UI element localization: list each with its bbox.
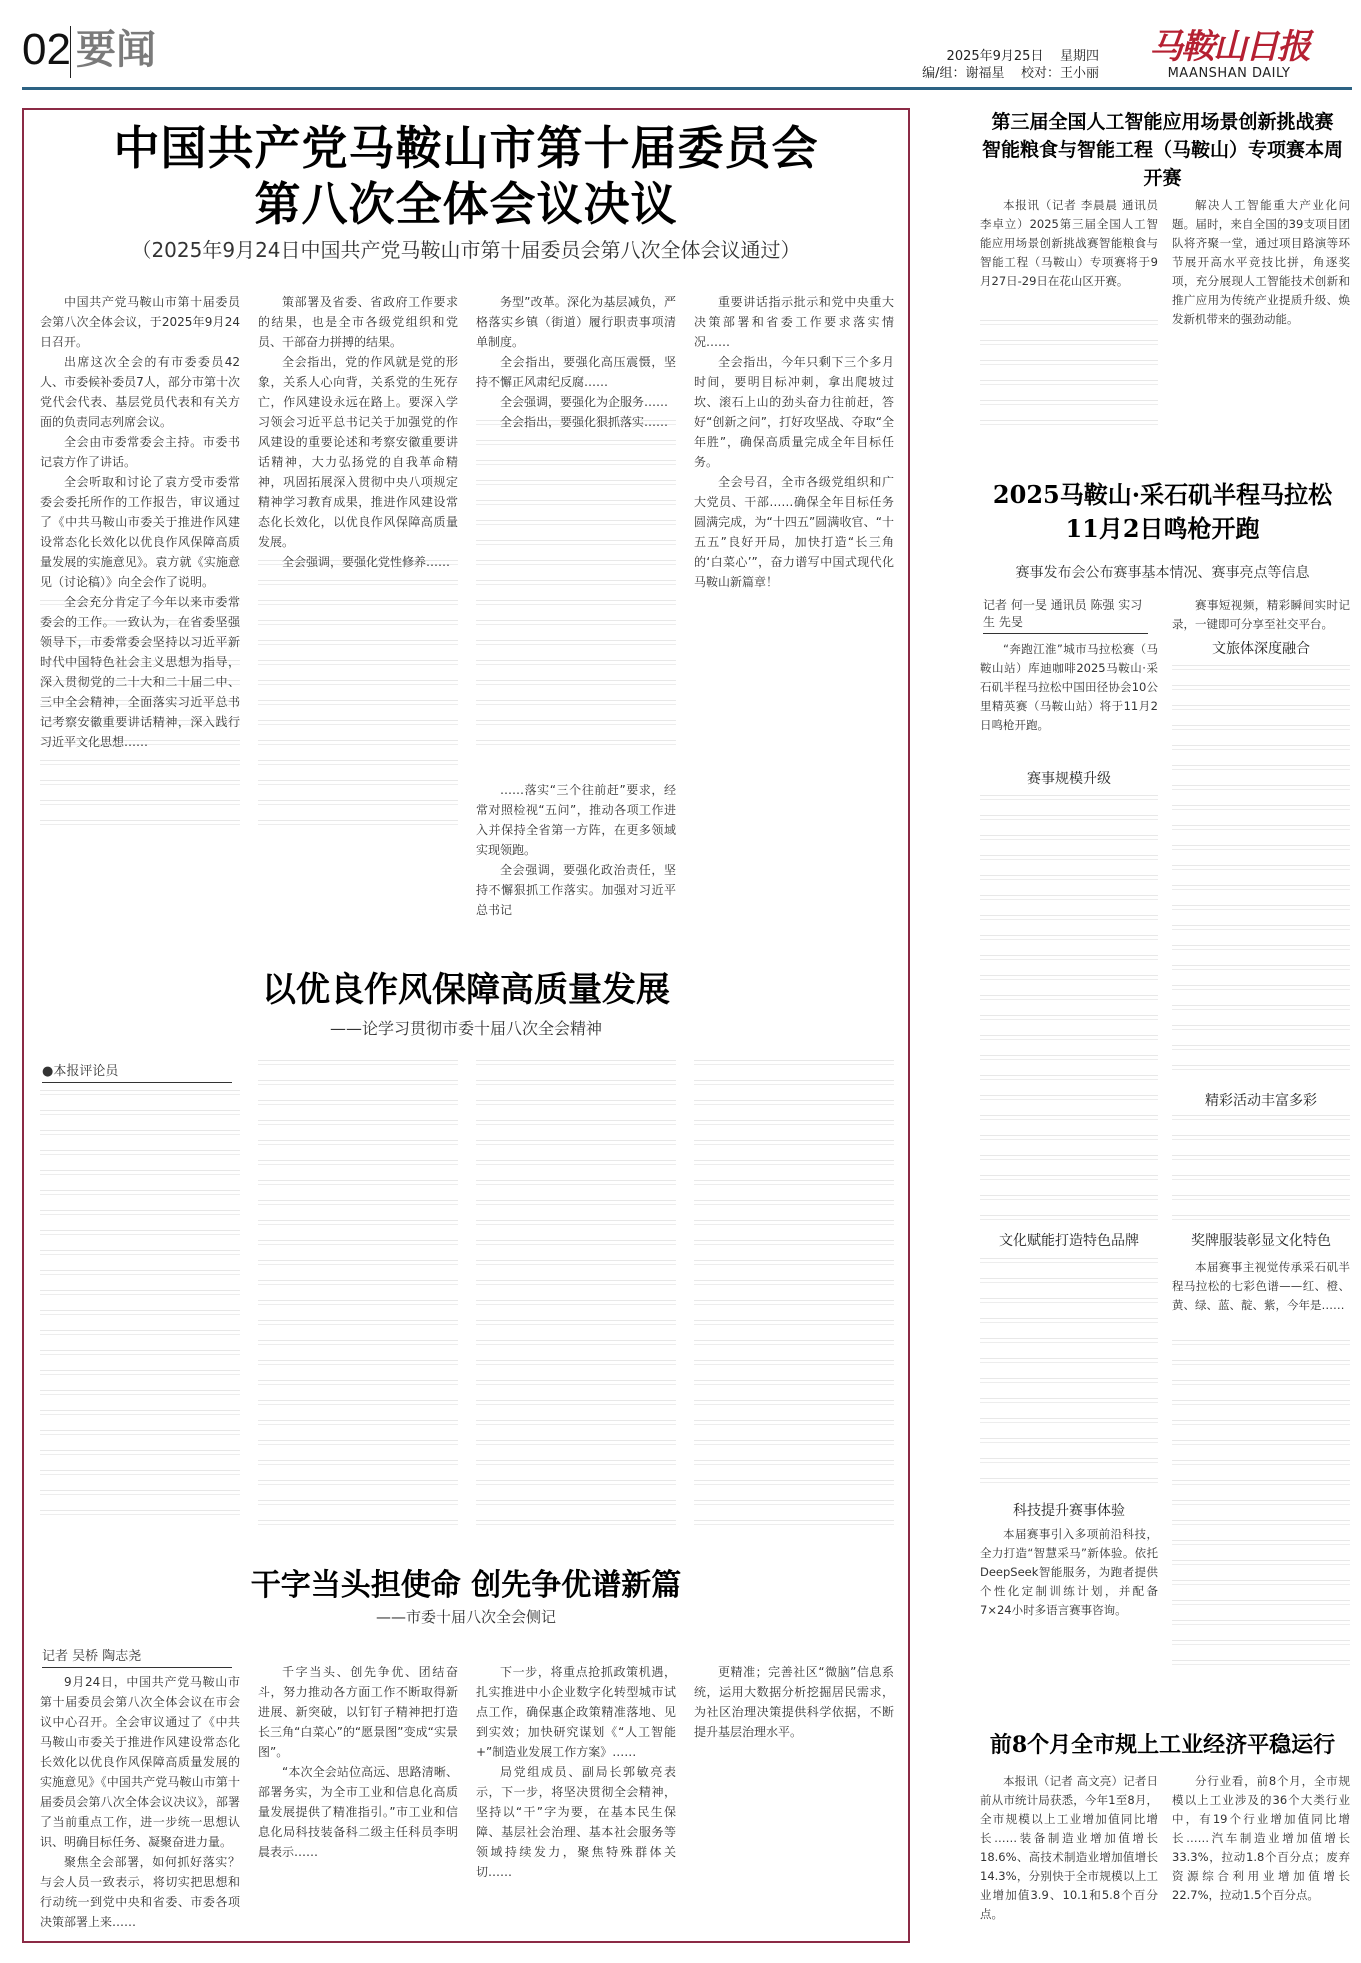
marathon-headline-line2: 11月2日鸣枪开跑 <box>975 512 1350 546</box>
paragraph: 本届赛事引入多项前沿科技，全力打造“智慧采马”新体验。依托DeepSeek智能服… <box>980 1525 1158 1620</box>
paragraph: 全会强调，要强化政治责任，坚持不懈狠抓工作落实。加强对习近平总书记 <box>476 860 676 920</box>
commentary-headline: 以优良作风保障高质量发展 <box>22 962 910 1011</box>
paragraph: 千字当头、创先争优、团结奋斗，努力推动各方面工作不断取得新进展、新突破，以钉钉子… <box>258 1662 458 1762</box>
subhead: 文旅体深度融合 <box>1172 638 1350 658</box>
paragraph: 全会强调，要强化为企服务…… <box>476 392 676 412</box>
section-name: 要闻 <box>76 28 156 72</box>
newspaper-logo: 马鞍山日报 MAANSHAN DAILY <box>1149 28 1309 81</box>
paragraph: 全会号召，全市各级党组织和广大党员、干部……确保全年目标任务圆满完成，为“十四五… <box>694 472 894 592</box>
text-filler <box>258 560 458 840</box>
ai-headline-line1: 第三届全国人工智能应用场景创新挑战赛 <box>975 108 1350 136</box>
subhead: 赛事规模升级 <box>980 768 1158 788</box>
proofreader-credit: 校对：王小丽 <box>1021 66 1099 81</box>
marathon-subtitle: 赛事发布会公布赛事基本情况、赛事亮点等信息 <box>975 562 1350 582</box>
ai-challenge-headline: 第三届全国人工智能应用场景创新挑战赛 智能粮食与智能工程（马鞍山）专项赛本周开赛 <box>975 108 1350 192</box>
text-filler <box>980 1258 1158 1490</box>
text-filler <box>980 795 1158 1220</box>
industry-headline: 前8个月全市规上工业经济平稳运行 <box>975 1728 1350 1759</box>
main-col-3-end: ……落实“三个往前赶”要求，经常对照检视“五问”，推动各项工作进入并保持全省第一… <box>476 780 676 920</box>
subhead: 文化赋能打造特色品牌 <box>980 1230 1158 1250</box>
paragraph: 下一步，将重点抢抓政策机遇，扎实推进中小企业数字化转型城市试点工作，确保惠企政策… <box>476 1662 676 1762</box>
marathon-headline-line1: 2025马鞍山·采石矶半程马拉松 <box>975 478 1350 512</box>
logo-english: MAANSHAN DAILY <box>1149 66 1309 81</box>
main-subtitle: （2025年9月24日中国共产党马鞍山市第十届委员会第八次全体会议通过） <box>22 234 910 263</box>
paragraph: 全会指出，要强化高压震慑，坚持不懈正风肃纪反腐…… <box>476 352 676 392</box>
main-headline: 中国共产党马鞍山市第十届委员会 第八次全体会议决议 <box>22 120 910 232</box>
logo-chinese: 马鞍山日报 <box>1149 28 1309 66</box>
paragraph: 全会听取和讨论了袁方受市委常委会委托所作的工作报告，审议通过了《中共马鞍山市委关… <box>40 472 240 592</box>
main-col-3: 务型”改革。深化为基层减负，严格落实乡镇（街道）履行职责事项清单制度。 全会指出… <box>476 292 676 432</box>
text-filler <box>476 1060 676 1530</box>
commentary-byline: ●本报评论员 <box>42 1060 232 1083</box>
paragraph: 分行业看，前8个月，全市规模以上工业涉及的36个大类行业中，有19个行业增加值同… <box>1172 1772 1350 1905</box>
marathon-tech: 本届赛事引入多项前沿科技，全力打造“智慧采马”新体验。依托DeepSeek智能服… <box>980 1525 1158 1620</box>
marathon-byline: 记者 何一旻 通讯员 陈强 实习生 先旻 <box>983 596 1148 634</box>
text-filler <box>476 420 676 760</box>
marathon-col-1: “奔跑江淮”城市马拉松赛（马鞍山站）库迪咖啡2025马鞍山·采石矶半程马拉松中国… <box>980 640 1158 735</box>
marathon-col-2: 赛事短视频，精彩瞬间实时记录，一键即可分享至社交平台。 <box>1172 596 1350 634</box>
header-rule <box>22 87 1352 90</box>
editor-credit: 编/组：谢福星 <box>922 66 1004 81</box>
text-filler <box>980 320 1158 430</box>
text-filler <box>1172 665 1350 1080</box>
paragraph: “本次全会站位高远、思路清晰、部署务实，为全市工业和信息化高质量发展提供了精准指… <box>258 1762 458 1862</box>
industry-col-2: 分行业看，前8个月，全市规模以上工业涉及的36个大类行业中，有19个行业增加值同… <box>1172 1772 1350 1905</box>
sidebar-col-4: 更精准；完善社区“微脑”信息系统，运用大数据分析挖掘居民需求，为社区治理决策提供… <box>694 1662 894 1742</box>
paragraph: 本报讯（记者 李晨晨 通讯员 李卓立）2025第三届全国人工智能应用场景创新挑战… <box>980 196 1158 291</box>
issue-meta: 2025年9月25日 星期四 编/组：谢福星 校对：王小丽 <box>922 48 1099 82</box>
paragraph: 全会指出，党的作风就是党的形象，关系人心向背，关系党的生死存亡，作风建设永远在路… <box>258 352 458 552</box>
text-filler <box>1172 1115 1350 1220</box>
sidebar-col-2: 千字当头、创先争优、团结奋斗，努力推动各方面工作不断取得新进展、新突破，以钉钉子… <box>258 1662 458 1862</box>
sidebar-col-3: 下一步，将重点抢抓政策机遇，扎实推进中小企业数字化转型城市试点工作，确保惠企政策… <box>476 1662 676 1882</box>
text-filler <box>258 1060 458 1530</box>
paragraph: 务型”改革。深化为基层减负，严格落实乡镇（街道）履行职责事项清单制度。 <box>476 292 676 352</box>
paragraph: ……落实“三个往前赶”要求，经常对照检视“五问”，推动各项工作进入并保持全省第一… <box>476 780 676 860</box>
paragraph: 全会指出，今年只剩下三个多月时间，要明目标冲刺，拿出爬坡过坎、滚石上山的劲头奋力… <box>694 352 894 472</box>
paragraph: 中国共产党马鞍山市第十届委员会第八次全体会议，于2025年9月24日召开。 <box>40 292 240 352</box>
paragraph: 出席这次全会的有市委委员42人、市委候补委员7人，部分市第十次党代会代表、基层党… <box>40 352 240 432</box>
paragraph: 局党组成员、副局长郭敏亮表示，下一步，将坚决贯彻全会精神，坚持以“干”字为要，在… <box>476 1762 676 1882</box>
commentary-subtitle: ——论学习贯彻市委十届八次全会精神 <box>22 1016 910 1039</box>
ai-col-2: 解决人工智能重大产业化问题。届时，来自全国的39支项目团队将齐聚一堂，通过项目路… <box>1172 196 1350 329</box>
text-filler <box>1172 1340 1350 1670</box>
main-headline-line1: 中国共产党马鞍山市第十届委员会 <box>22 120 910 176</box>
text-filler <box>40 600 240 840</box>
paragraph: 解决人工智能重大产业化问题。届时，来自全国的39支项目团队将齐聚一堂，通过项目路… <box>1172 196 1350 329</box>
main-col-2: 策部署及省委、省政府工作要求的结果，也是全市各级党组织和党员、干部奋力拼搏的结果… <box>258 292 458 572</box>
subhead: 科技提升赛事体验 <box>980 1500 1158 1520</box>
marathon-headline: 2025马鞍山·采石矶半程马拉松 11月2日鸣枪开跑 <box>975 478 1350 546</box>
paragraph: 本报讯（记者 高文亮）记者日前从市统计局获悉，今年1至8月，全市规模以上工业增加… <box>980 1772 1158 1924</box>
paragraph: 全会由市委常委会主持。市委书记袁方作了讲话。 <box>40 432 240 472</box>
page-separator <box>70 26 71 78</box>
sidebar-subtitle: ——市委十届八次全会侧记 <box>22 1606 910 1627</box>
issue-weekday: 星期四 <box>1060 49 1099 64</box>
sidebar-col-1: 9月24日，中国共产党马鞍山市第十届委员会第八次全体会议在市会议中心召开。全会审… <box>40 1672 240 1932</box>
main-col-4: 重要讲话指示批示和党中央重大决策部署和省委工作要求落实情况…… 全会指出，今年只… <box>694 292 894 592</box>
main-headline-line2: 第八次全体会议决议 <box>22 176 910 232</box>
masthead: 02 要闻 2025年9月25日 星期四 编/组：谢福星 校对：王小丽 马鞍山日… <box>0 0 1361 90</box>
sidebar-headline: 干字当头担使命 创先争优谱新篇 <box>22 1560 910 1604</box>
ai-col-1: 本报讯（记者 李晨晨 通讯员 李卓立）2025第三届全国人工智能应用场景创新挑战… <box>980 196 1158 291</box>
paragraph: 本届赛事主视觉传承采石矶半程马拉松的七彩色谱——红、橙、黄、绿、蓝、靛、紫，今年… <box>1172 1258 1350 1315</box>
marathon-medal: 本届赛事主视觉传承采石矶半程马拉松的七彩色谱——红、橙、黄、绿、蓝、靛、紫，今年… <box>1172 1258 1350 1315</box>
issue-date: 2025年9月25日 <box>947 49 1044 64</box>
subhead: 奖牌服装彰显文化特色 <box>1172 1230 1350 1250</box>
page-number: 02 <box>22 28 71 72</box>
paragraph: 9月24日，中国共产党马鞍山市第十届委员会第八次全体会议在市会议中心召开。全会审… <box>40 1672 240 1852</box>
sidebar-byline: 记者 吴桥 陶志尧 <box>42 1645 232 1668</box>
ai-headline-line2: 智能粮食与智能工程（马鞍山）专项赛本周开赛 <box>975 136 1350 192</box>
paragraph: 重要讲话指示批示和党中央重大决策部署和省委工作要求落实情况…… <box>694 292 894 352</box>
paragraph: 聚焦全会部署，如何抓好落实？与会人员一致表示，将切实把思想和行动统一到党中央和省… <box>40 1852 240 1932</box>
paragraph: 更精准；完善社区“微脑”信息系统，运用大数据分析挖掘居民需求，为社区治理决策提供… <box>694 1662 894 1742</box>
paragraph: 赛事短视频，精彩瞬间实时记录，一键即可分享至社交平台。 <box>1172 596 1350 634</box>
paragraph: “奔跑江淮”城市马拉松赛（马鞍山站）库迪咖啡2025马鞍山·采石矶半程马拉松中国… <box>980 640 1158 735</box>
text-filler <box>694 1060 894 1530</box>
text-filler <box>40 1090 240 1530</box>
industry-col-1: 本报讯（记者 高文亮）记者日前从市统计局获悉，今年1至8月，全市规模以上工业增加… <box>980 1772 1158 1924</box>
subhead: 精彩活动丰富多彩 <box>1172 1090 1350 1110</box>
paragraph: 策部署及省委、省政府工作要求的结果，也是全市各级党组织和党员、干部奋力拼搏的结果… <box>258 292 458 352</box>
